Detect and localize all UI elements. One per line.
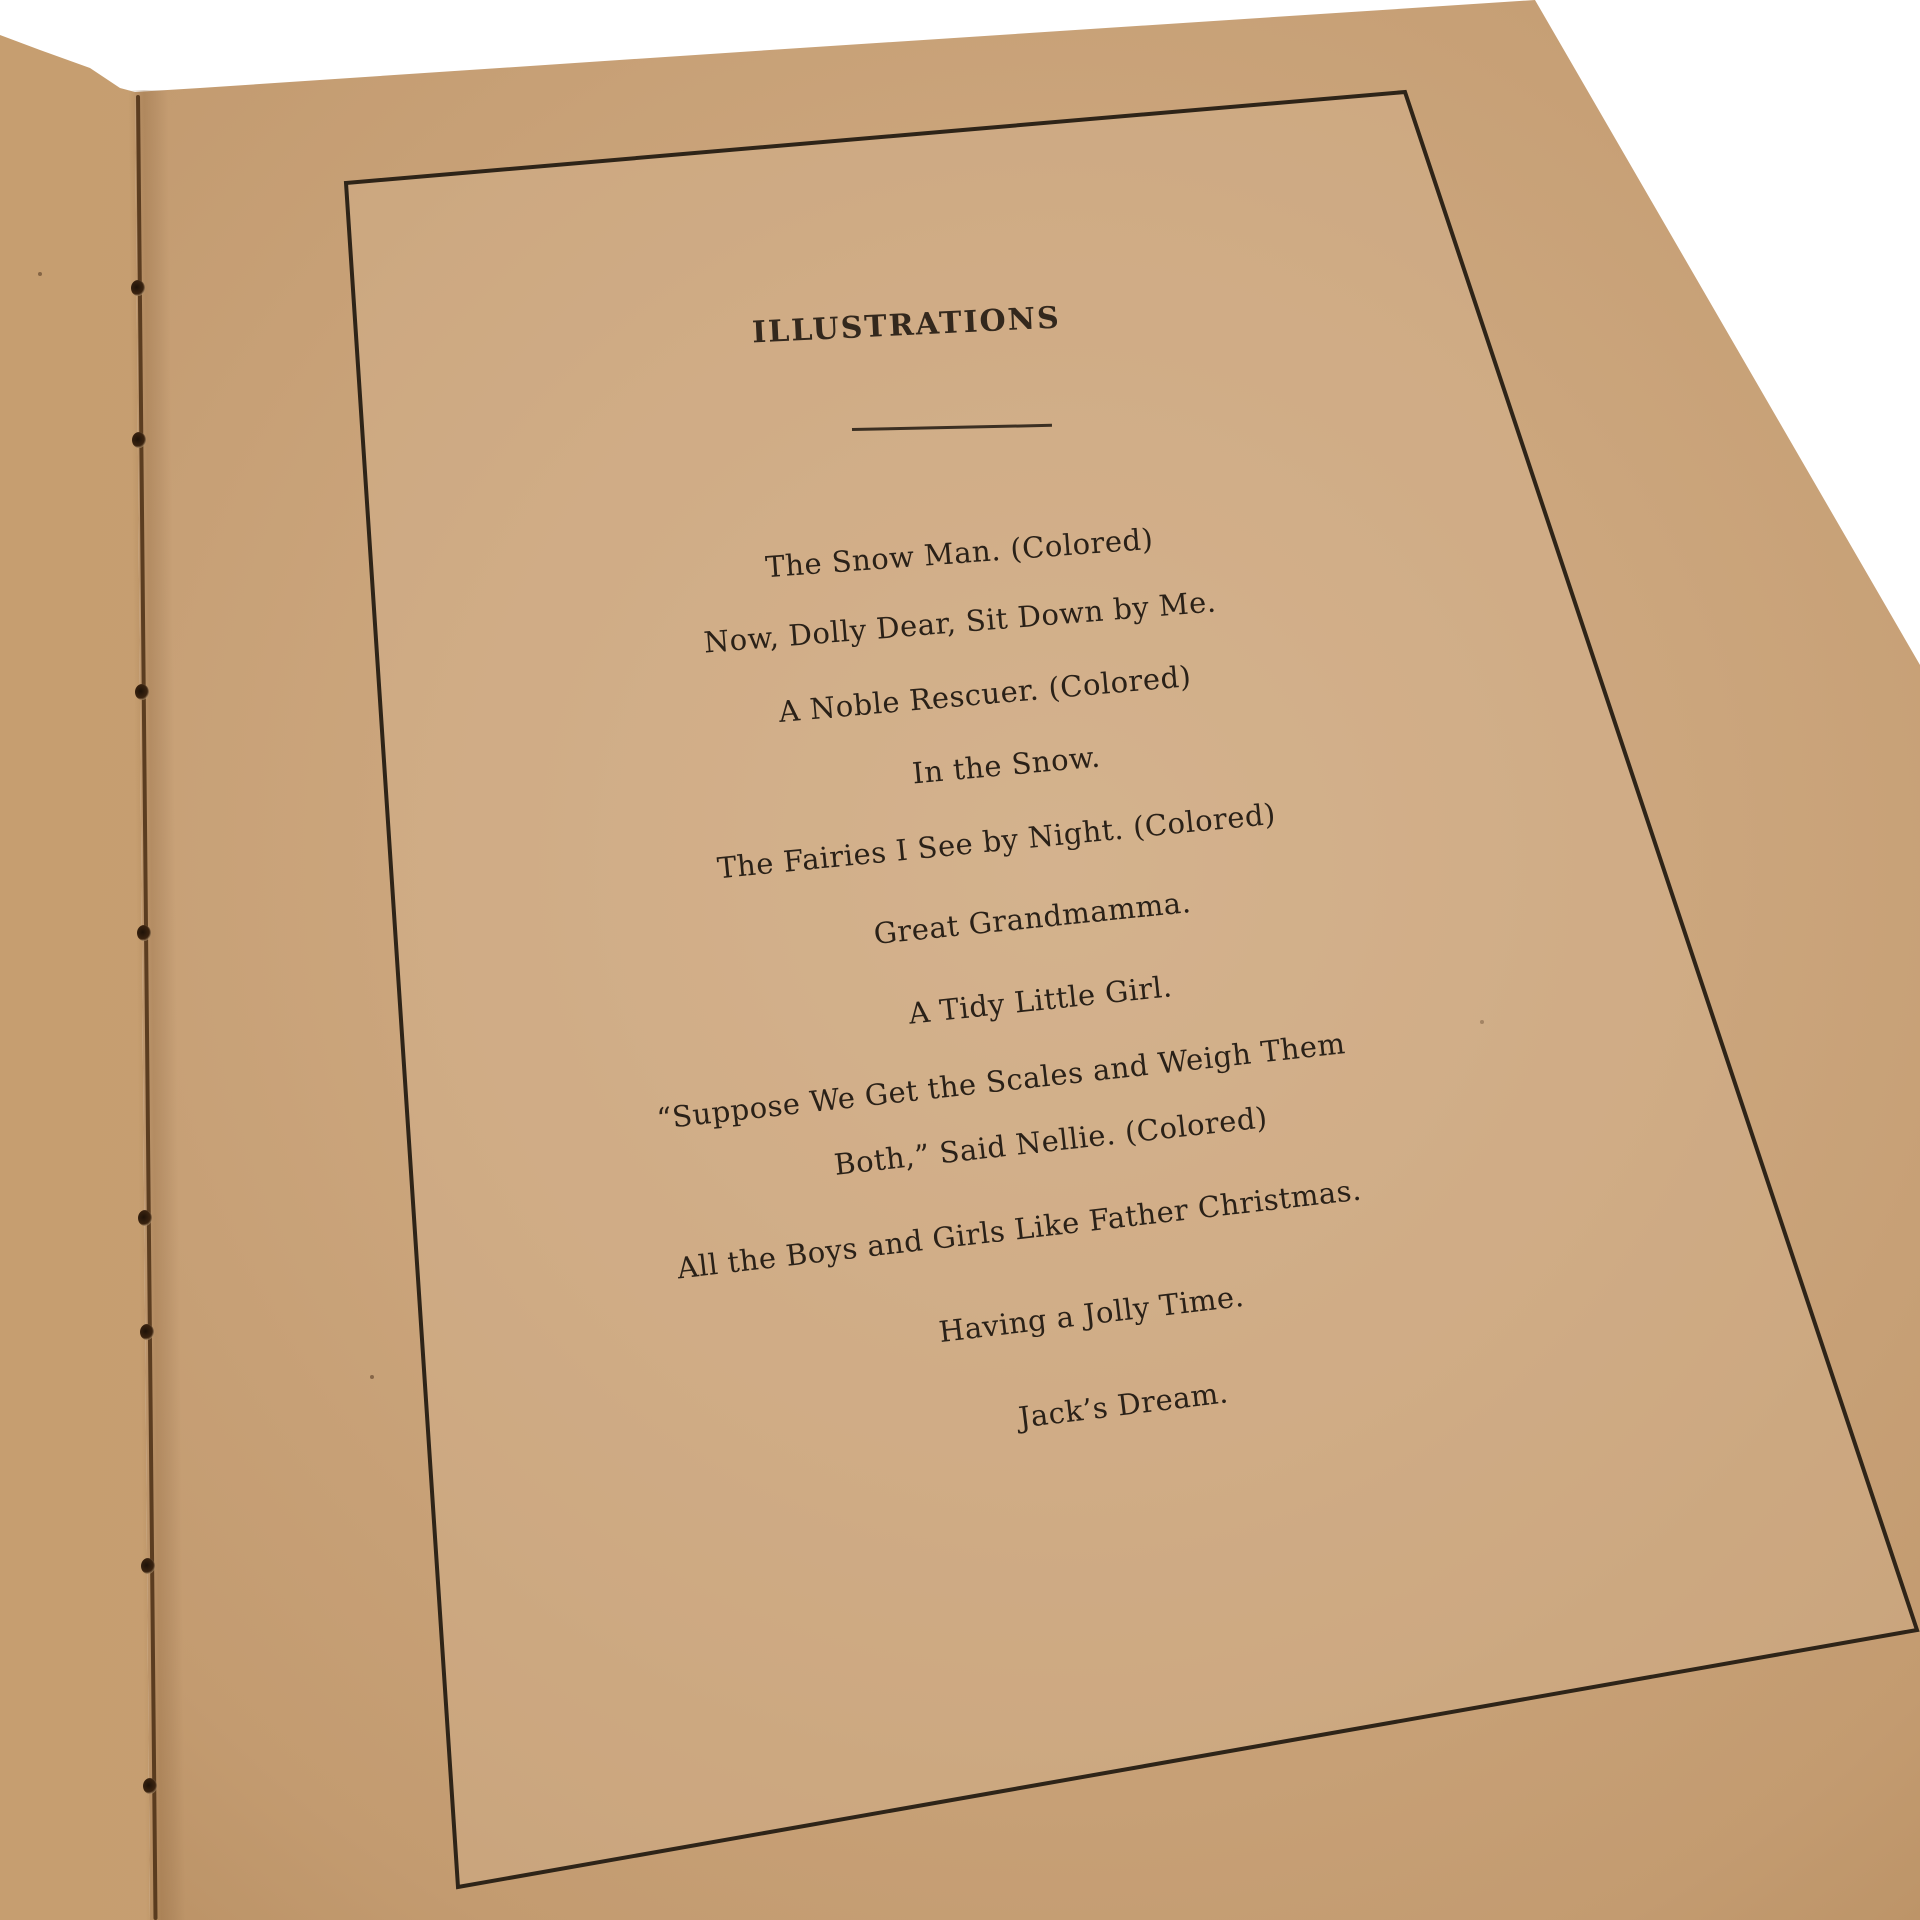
paper-speck — [1480, 1020, 1484, 1024]
stitch-icon — [135, 684, 149, 700]
stitch-icon — [143, 1778, 157, 1794]
paper-speck — [38, 272, 42, 276]
stitch-icon — [137, 925, 151, 941]
stitch-icon — [132, 432, 146, 448]
right-page — [0, 0, 1920, 1920]
stitch-icon — [138, 1210, 152, 1226]
stitch-icon — [140, 1324, 154, 1340]
stitch-icon — [141, 1558, 155, 1574]
paper-speck — [370, 1375, 374, 1379]
stitch-icon — [131, 280, 145, 296]
open-book: ILLUSTRATIONS The Snow Man. (Colored) No… — [0, 0, 1920, 1920]
